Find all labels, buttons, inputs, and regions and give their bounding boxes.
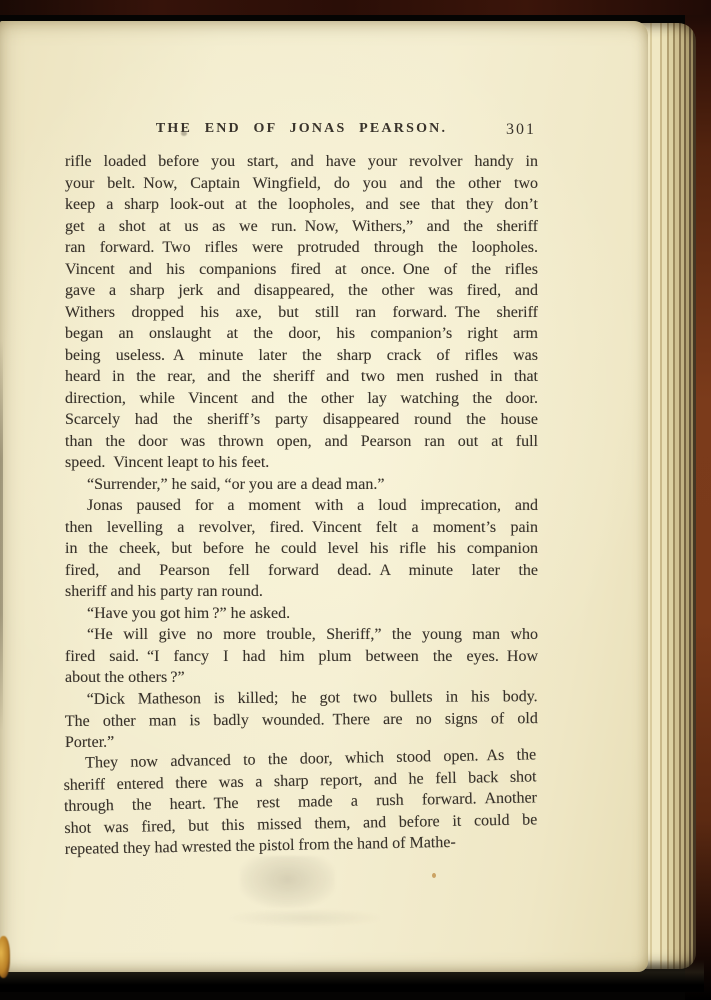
- book-page: THE END OF JONAS PEARSON. 301 rifle load…: [0, 21, 648, 972]
- text-line: fired said. “I fancy I had him plum betw…: [65, 646, 538, 668]
- text-line: sheriff and his party ran round.: [65, 581, 538, 603]
- book-cover-top-edge: [0, 0, 711, 15]
- text-line: direction, while Vincent and the other l…: [65, 388, 538, 410]
- text-line: ran forward. Two rifles were protruded t…: [65, 237, 538, 259]
- text-line: heard in the rear, and the sheriff and t…: [65, 366, 538, 388]
- paper-smudge-faint: [230, 909, 380, 927]
- text-line: being useless. A minute later the sharp …: [65, 345, 538, 367]
- text-line: “Surrender,” he said, “or you are a dead…: [65, 474, 538, 496]
- page-number: 301: [506, 121, 536, 139]
- text-line: get a shot at us as we run. Now, Withers…: [65, 216, 538, 238]
- paragraph: “He will give no more trouble, Sheriff,”…: [65, 624, 538, 689]
- text-line: Jonas paused for a moment with a loud im…: [65, 495, 538, 517]
- text-line: Withers dropped his axe, but still ran f…: [65, 302, 538, 324]
- text-line: rifle loaded before you start, and have …: [65, 151, 538, 173]
- paragraph: Jonas paused for a moment with a loud im…: [65, 495, 538, 603]
- text-line: The other man is badly wounded. There ar…: [65, 707, 538, 731]
- paper-smudge: [240, 856, 335, 908]
- text-line: your belt. Now, Captain Wingfield, do yo…: [65, 173, 538, 195]
- page-left-edge-shadow: [0, 341, 3, 731]
- text-line: “Have you got him ?” he asked.: [65, 603, 538, 625]
- text-line: began an onslaught at the door, his comp…: [65, 323, 538, 345]
- text-line: “He will give no more trouble, Sheriff,”…: [65, 624, 538, 646]
- text-line: Vincent and his companions fired at once…: [65, 259, 538, 281]
- text-line: fired, and Pearson fell forward dead. A …: [65, 560, 538, 582]
- foxing-speck: [432, 873, 436, 878]
- running-title: THE END OF JONAS PEARSON.: [65, 121, 538, 137]
- paragraph: “Dick Matheson is killed; he got two bul…: [65, 686, 538, 753]
- paragraph: “Have you got him ?” he asked.: [65, 603, 538, 625]
- text-line: keep a sharp look-out at the loopholes, …: [65, 194, 538, 216]
- paragraph: They now advanced to the door, which sto…: [63, 744, 538, 860]
- ink-speck: [181, 131, 187, 136]
- text-line: in the cheek, but before he could level …: [65, 538, 538, 560]
- text-line: speed. Vincent leapt to his feet.: [65, 452, 538, 474]
- text-line: then levelling a revolver, fired. Vincen…: [65, 517, 538, 539]
- text-body: rifle loaded before you start, and have …: [65, 151, 538, 861]
- text-line: Scarcely had the sheriff’s party disappe…: [65, 409, 538, 431]
- cover-corner-glint: [0, 936, 10, 978]
- text-line: gave a sharp jerk and disappeared, the o…: [65, 280, 538, 302]
- paragraph: rifle loaded before you start, and have …: [65, 151, 538, 474]
- paragraph: “Surrender,” he said, “or you are a dead…: [65, 474, 538, 496]
- text-line: than the door was thrown open, and Pears…: [65, 431, 538, 453]
- running-header: THE END OF JONAS PEARSON. 301: [65, 121, 538, 143]
- text-line: about the others ?”: [65, 667, 538, 689]
- text-line: “Dick Matheson is killed; he got two bul…: [65, 686, 538, 710]
- book-scan-photo: THE END OF JONAS PEARSON. 301 rifle load…: [0, 0, 711, 1000]
